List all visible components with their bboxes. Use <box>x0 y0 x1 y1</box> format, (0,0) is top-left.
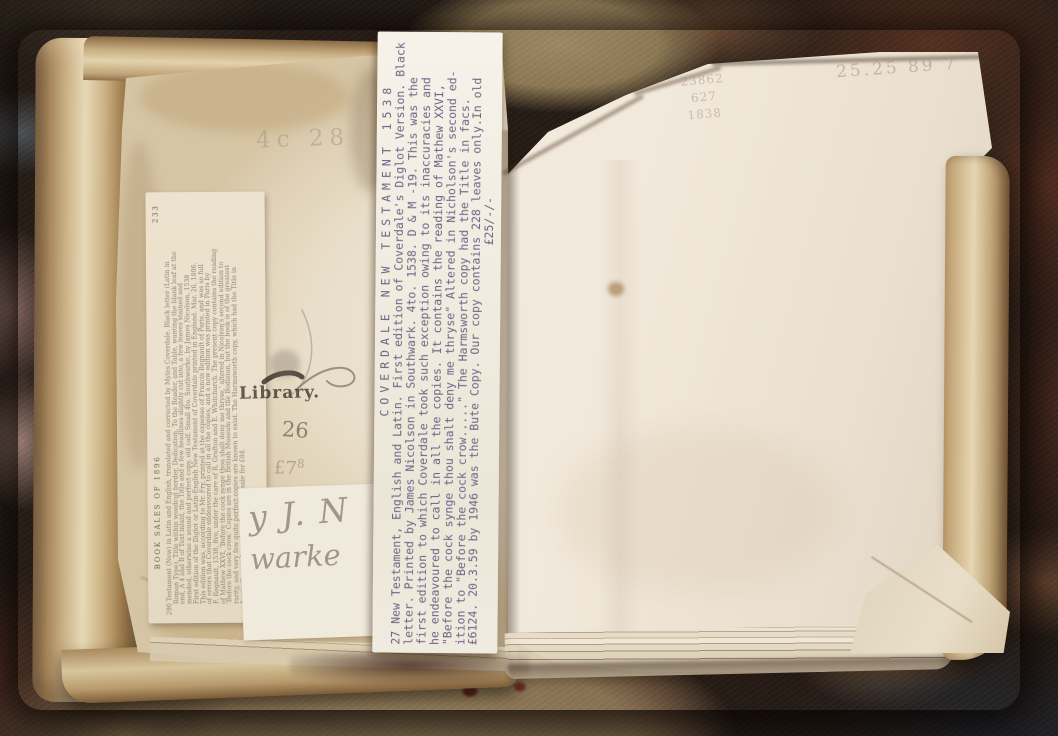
clipping-header-title: BOOK SALES OF 1896 <box>153 455 162 569</box>
clipping-entry: 290 Testament (New) in Latin and English… <box>165 200 248 616</box>
slip-line: £6124. 20.3.59 by 1946 was the Bute Copy… <box>467 32 485 645</box>
clipping-page-number: 233 <box>152 204 160 223</box>
library-stamp-text: Library. <box>239 382 320 403</box>
crease-right-page <box>598 160 642 650</box>
handwriting-line-2: warke <box>249 538 341 577</box>
pencil-price-sup: 8 <box>297 456 305 470</box>
pencil-note-faint: 4c 28 <box>256 124 351 153</box>
pencil-note-price: £78 <box>273 455 305 480</box>
shadow-under-spine <box>290 652 530 686</box>
clipping-header: BOOK SALES OF 1896 233 <box>152 204 163 569</box>
typed-catalogue-slip: COVERDALE NEW TESTAMENT 1538 27New Testa… <box>372 31 502 653</box>
pencil-note-number: 26 <box>281 417 309 443</box>
slip-rotated-content: COVERDALE NEW TESTAMENT 1538 27New Testa… <box>372 31 502 653</box>
photograph-open-vellum-book: BOOK SALES OF 1896 233 290 Testament (Ne… <box>0 0 1058 736</box>
pencil-smudge <box>270 350 300 378</box>
pencil-notes-small: 23862 627 1838 <box>680 70 727 125</box>
slip-item-number: 27 <box>388 631 402 645</box>
pencil-price-main: £7 <box>273 457 297 479</box>
slip-price: £25/-/- <box>483 32 498 245</box>
